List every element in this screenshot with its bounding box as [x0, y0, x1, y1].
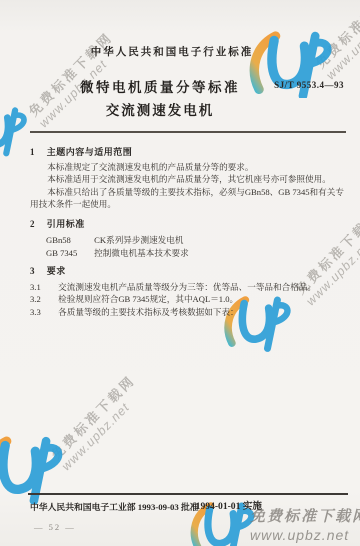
standard-code: GBn58: [46, 234, 92, 247]
section-number: 3: [30, 266, 44, 276]
title-line-1: 微特电机质量分等标准: [20, 76, 300, 96]
standard-authority-line: 中华人民共和国电子行业标准: [12, 44, 332, 59]
referenced-standard-row: GBn58 CK系列异步测速发电机: [46, 234, 189, 247]
section-title: 主题内容与适用范围: [47, 147, 133, 157]
implementation-date: 1994-01-01 实施: [196, 498, 262, 512]
document-content: 中华人民共和国电子行业标准 微特电机质量分等标准 交流测速发电机 SJ/T 95…: [0, 0, 360, 546]
clause-number: 3.1: [30, 281, 56, 293]
referenced-standards-list: GBn58 CK系列异步测速发电机 GB 7345 控制微电机基本技术要求: [46, 234, 189, 260]
section-number: 2: [30, 219, 44, 229]
section-1-body: 本标准规定了交流测速发电机的产品质量分等的要求。 本标准适用于交流测速发电机的产…: [30, 161, 348, 211]
section-title: 要求: [47, 266, 66, 276]
section-3-heading: 3 要求: [30, 264, 66, 277]
standard-name: 控制微电机基本技术要求: [94, 248, 189, 258]
standard-number: SJ/T 9553.4—93: [274, 80, 344, 90]
standard-title: 微特电机质量分等标准 交流测速发电机: [20, 76, 300, 119]
footer-divider: [28, 493, 348, 495]
clause-number: 3.3: [30, 306, 56, 318]
section-3-body: 3.1 交流测速发电机产品质量等级分为三等：优等品、一等品和合格品。 3.2 检…: [30, 281, 348, 318]
section-1-heading: 1 主题内容与适用范围: [30, 145, 132, 158]
referenced-standard-row: GB 7345 控制微电机基本技术要求: [46, 247, 189, 260]
clause-row: 3.2 检验规则应符合GB 7345规定，其中AQL＝1.0。: [30, 293, 348, 305]
page-number: — 52 —: [34, 522, 76, 532]
section-title: 引用标准: [47, 219, 85, 229]
scanned-standard-page: 免费标准下载网 www.upbz.net 免费标准下载网 www.upbz.ne…: [0, 0, 360, 546]
clause-row: 3.3 各质量等级的主要技术指标及考核数据如下表：: [30, 306, 348, 318]
paragraph: 本标准适用于交流测速发电机的产品质量分等，其它机座号亦可参照使用。: [30, 173, 348, 185]
section-2-heading: 2 引用标准: [30, 217, 85, 230]
header-divider: [30, 131, 346, 133]
clause-number: 3.2: [30, 293, 56, 305]
section-number: 1: [30, 147, 44, 157]
paragraph: 本标准只给出了各质量等级的主要技术指标，必须与GBn58、GB 7345和有关专…: [30, 186, 348, 211]
standard-name: CK系列异步测速发电机: [94, 235, 183, 245]
clause-text: 检验规则应符合GB 7345规定，其中AQL＝1.0。: [58, 294, 238, 304]
paragraph: 本标准规定了交流测速发电机的产品质量分等的要求。: [30, 161, 348, 173]
clause-text: 各质量等级的主要技术指标及考核数据如下表：: [58, 307, 238, 317]
approval-line: 中华人民共和国电子工业部 1993-09-03 批准: [30, 500, 199, 513]
standard-code: GB 7345: [46, 247, 92, 260]
title-line-2: 交流测速发电机: [20, 99, 300, 119]
clause-row: 3.1 交流测速发电机产品质量等级分为三等：优等品、一等品和合格品。: [30, 281, 348, 293]
clause-text: 交流测速发电机产品质量等级分为三等：优等品、一等品和合格品。: [58, 282, 316, 292]
